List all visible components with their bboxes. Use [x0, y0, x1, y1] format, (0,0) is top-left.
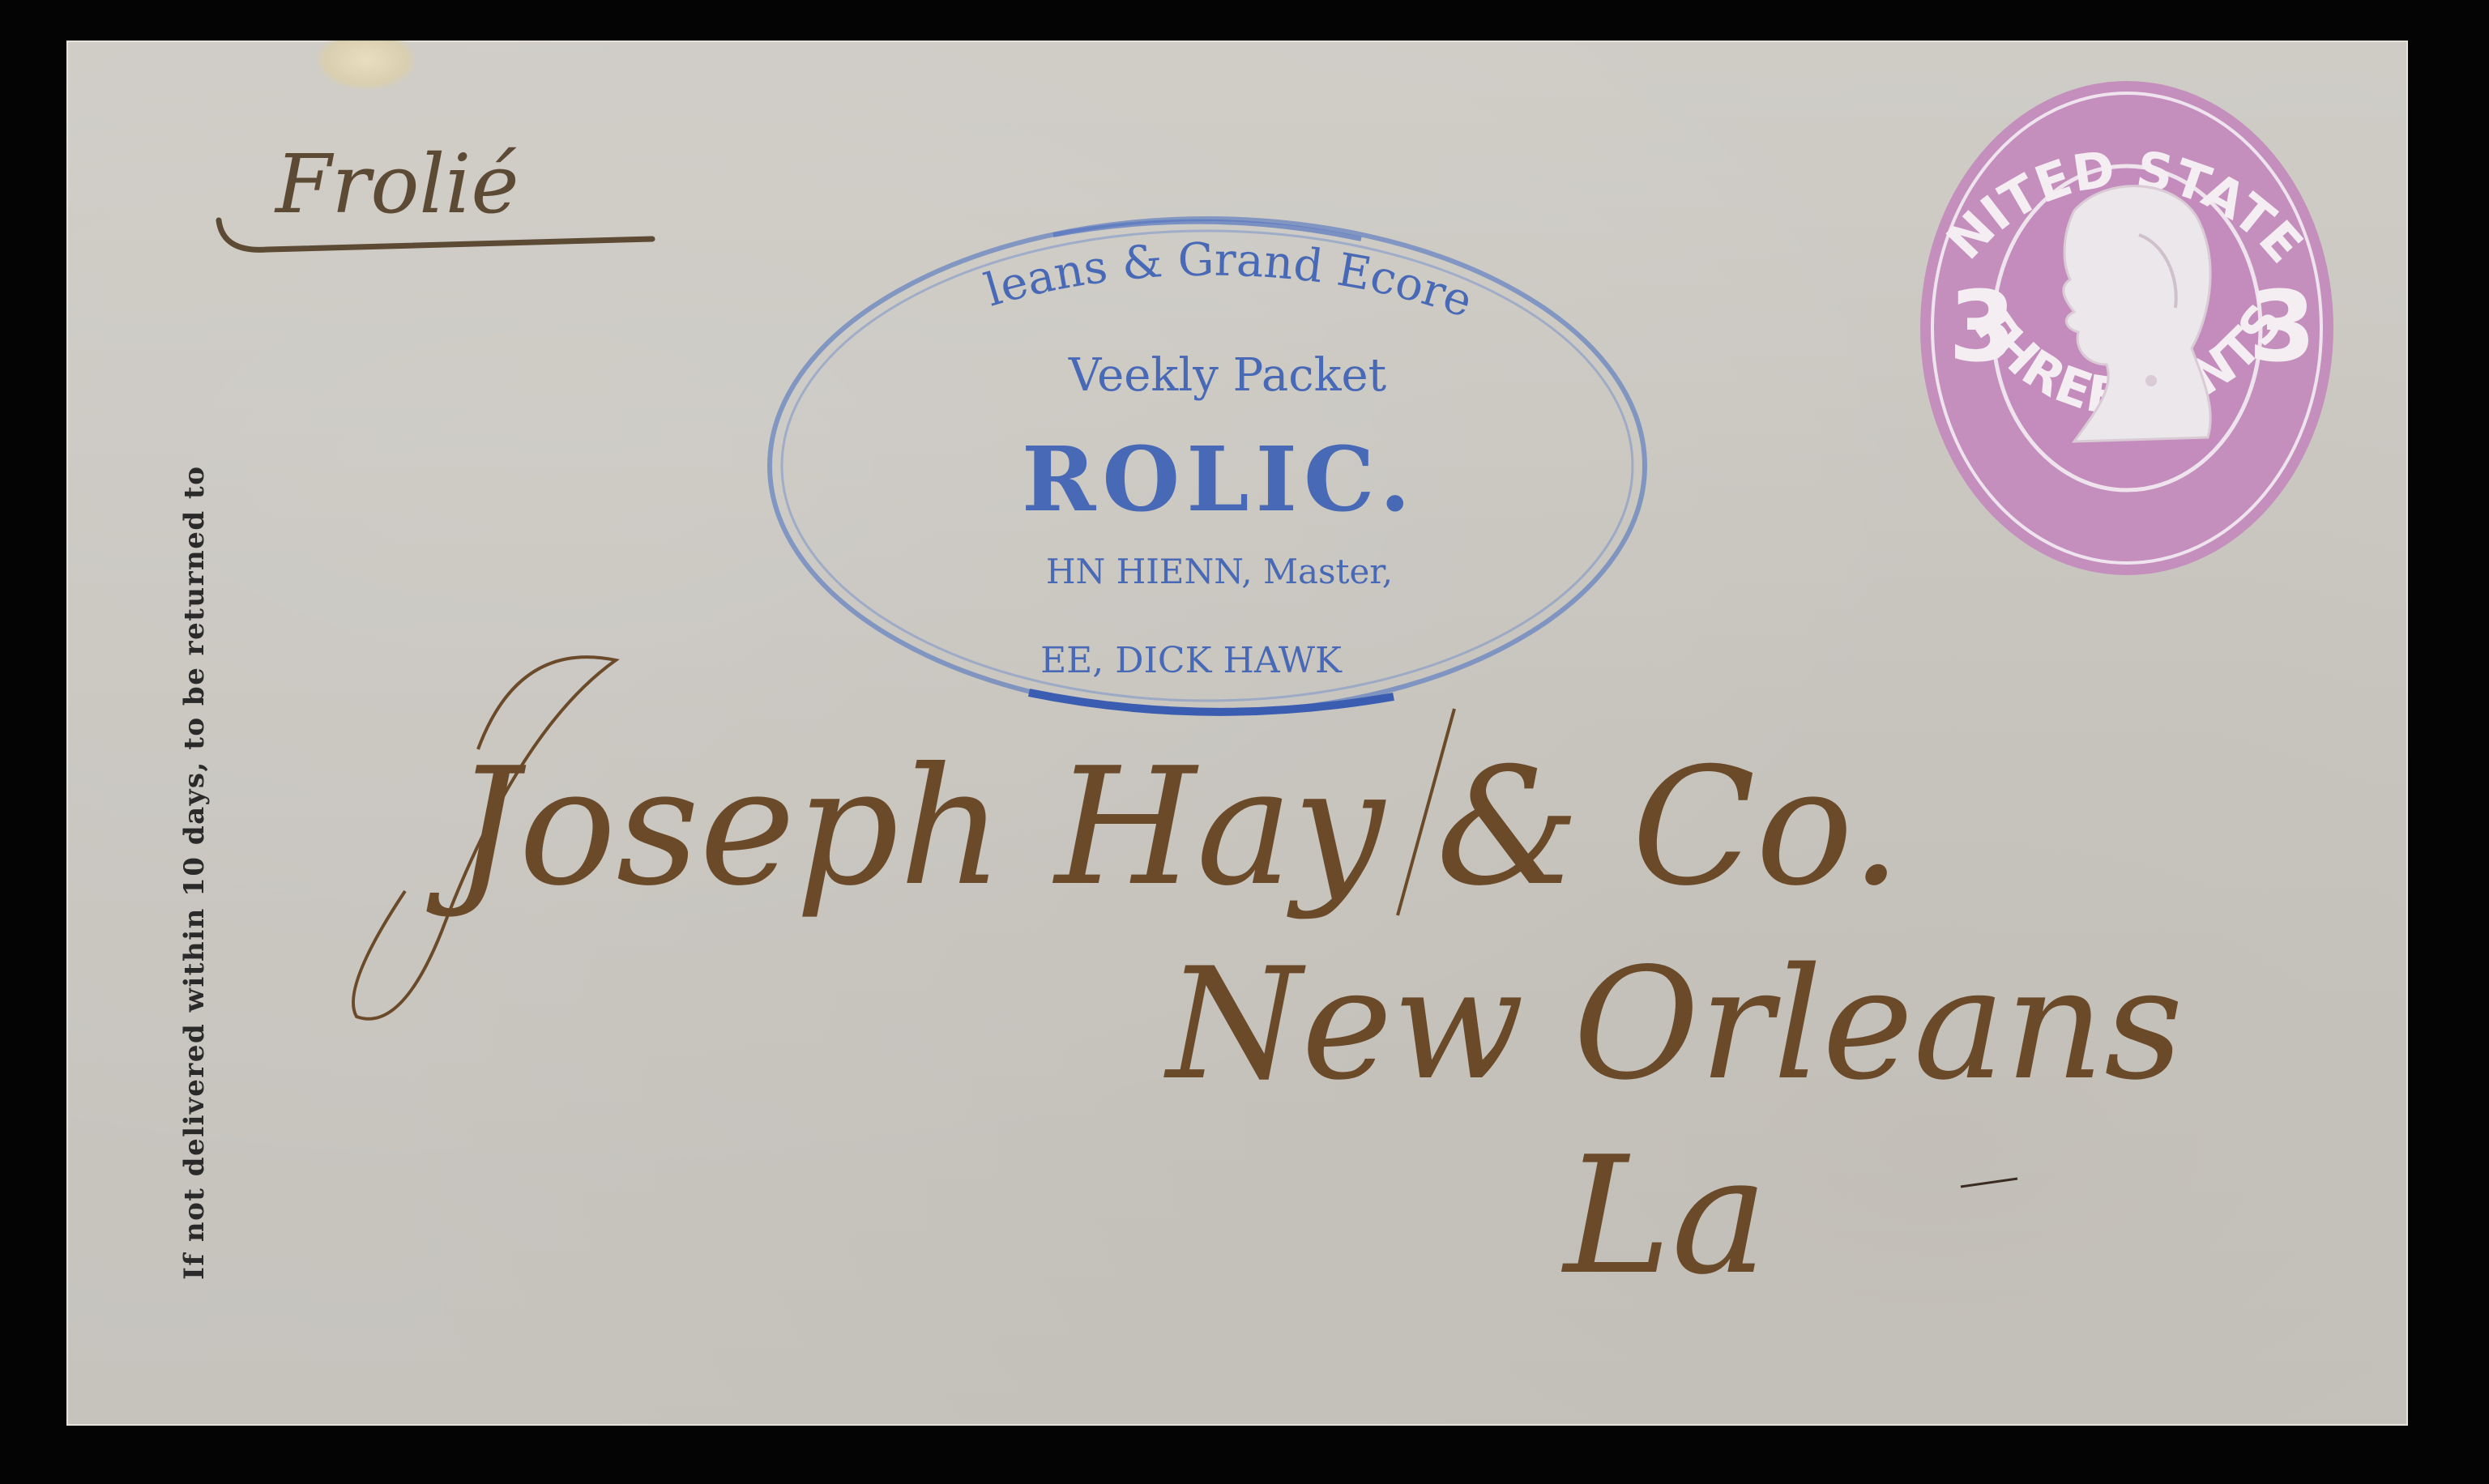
handstamp-line5: EE, DICK HAWK [1040, 640, 1343, 681]
address-line2: New Orleans [1163, 935, 2184, 1114]
address-line3: La [1560, 1122, 1768, 1311]
stamp-denomination-left: 3 [1949, 271, 2017, 384]
handstamp-line3: ROLIC. [1022, 427, 1417, 531]
handwritten-address: Joseph Hay & Co. New Orleans La [353, 657, 2184, 1311]
handstamp-line4: HN HIENN, Master, [1046, 552, 1393, 591]
photo-background: If not delivered within 10 days, to be r… [0, 0, 2489, 1484]
docket-text: Frolié [274, 137, 519, 232]
address-line1: Joseph Hay & Co. [426, 733, 1902, 922]
envelope-markings: UNITED STATES THREE CENTS 3 3 leans & Gr… [0, 0, 2489, 1484]
steamboat-handstamp: leans & Grand Ecore Veekly Packet ROLIC.… [770, 219, 1645, 713]
handstamp-line2: Veekly Packet [1068, 349, 1387, 402]
docket-note: Frolié [219, 137, 652, 249]
stamp-denomination-right: 3 [2248, 271, 2316, 384]
